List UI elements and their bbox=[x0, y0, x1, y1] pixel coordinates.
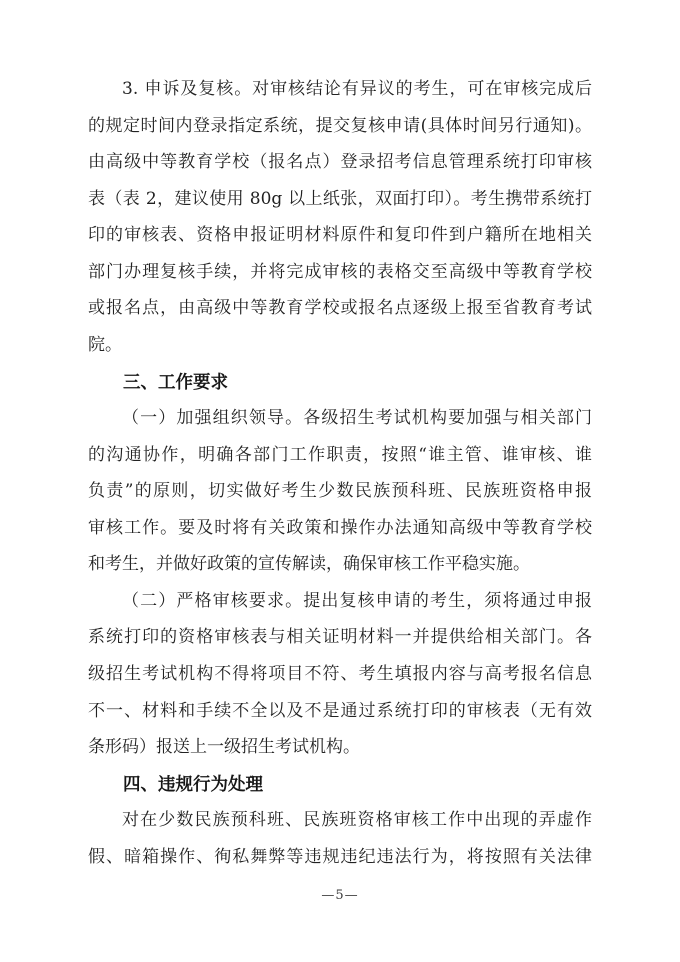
text-line: 表（表 2，建议使用 80g 以上纸张，双面打印）。考生携带系统打 bbox=[88, 181, 592, 218]
text-line: 3. 申诉及复核。对审核结论有异议的考生，可在审核完成后 bbox=[88, 71, 592, 108]
text-line: 审核工作。要及时将有关政策和操作办法通知高级中等教育学校 bbox=[88, 510, 592, 547]
text-line: （一）加强组织领导。各级招生考试机构要加强与相关部门 bbox=[88, 400, 592, 437]
text-line: （二）严格审核要求。提出复核申请的考生，须将通过申报 bbox=[88, 583, 592, 620]
section-heading: 三、工作要求 bbox=[88, 364, 592, 401]
text-line: 印的审核表、资格申报证明材料原件和复印件到户籍所在地相关 bbox=[88, 217, 592, 254]
page-footer: —5— bbox=[0, 884, 680, 903]
text-line: 由高级中等教育学校（报名点）登录招考信息管理系统打印审核 bbox=[88, 144, 592, 181]
heading-text: 三、工作要求 bbox=[88, 364, 592, 401]
paragraph: （一）加强组织领导。各级招生考试机构要加强与相关部门的沟通协作，明确各部门工作职… bbox=[88, 400, 592, 583]
section-heading: 四、违规行为处理 bbox=[88, 766, 592, 803]
document-page: 3. 申诉及复核。对审核结论有异议的考生，可在审核完成后的规定时间内登录指定系统… bbox=[0, 0, 680, 962]
text-line: 假、暗箱操作、徇私舞弊等违规违纪违法行为，将按照有关法律 bbox=[88, 839, 592, 876]
text-line: 院。 bbox=[88, 327, 592, 364]
text-line: 级招生考试机构不得将项目不符、考生填报内容与高考报名信息 bbox=[88, 656, 592, 693]
page-number: —5— bbox=[321, 888, 358, 903]
paragraph: 对在少数民族预科班、民族班资格审核工作中出现的弄虚作假、暗箱操作、徇私舞弊等违规… bbox=[88, 802, 592, 875]
text-line: 和考生，并做好政策的宣传解读，确保审核工作平稳实施。 bbox=[88, 546, 592, 583]
text-line: 的沟通协作，明确各部门工作职责，按照“谁主管、谁审核、谁 bbox=[88, 437, 592, 474]
text-line: 条形码）报送上一级招生考试机构。 bbox=[88, 729, 592, 766]
text-line: 系统打印的资格审核表与相关证明材料一并提供给相关部门。各 bbox=[88, 619, 592, 656]
text-line: 对在少数民族预科班、民族班资格审核工作中出现的弄虚作 bbox=[88, 802, 592, 839]
paragraph: 3. 申诉及复核。对审核结论有异议的考生，可在审核完成后的规定时间内登录指定系统… bbox=[88, 71, 592, 364]
document-body: 3. 申诉及复核。对审核结论有异议的考生，可在审核完成后的规定时间内登录指定系统… bbox=[88, 71, 592, 875]
text-line: 负责”的原则，切实做好考生少数民族预科班、民族班资格申报 bbox=[88, 473, 592, 510]
paragraph: （二）严格审核要求。提出复核申请的考生，须将通过申报系统打印的资格审核表与相关证… bbox=[88, 583, 592, 766]
text-line: 或报名点，由高级中等教育学校或报名点逐级上报至省教育考试 bbox=[88, 290, 592, 327]
text-line: 部门办理复核手续，并将完成审核的表格交至高级中等教育学校 bbox=[88, 254, 592, 291]
heading-text: 四、违规行为处理 bbox=[88, 766, 592, 803]
text-line: 不一、材料和手续不全以及不是通过系统打印的审核表（无有效 bbox=[88, 693, 592, 730]
text-line: 的规定时间内登录指定系统，提交复核申请(具体时间另行通知)。 bbox=[88, 108, 592, 145]
